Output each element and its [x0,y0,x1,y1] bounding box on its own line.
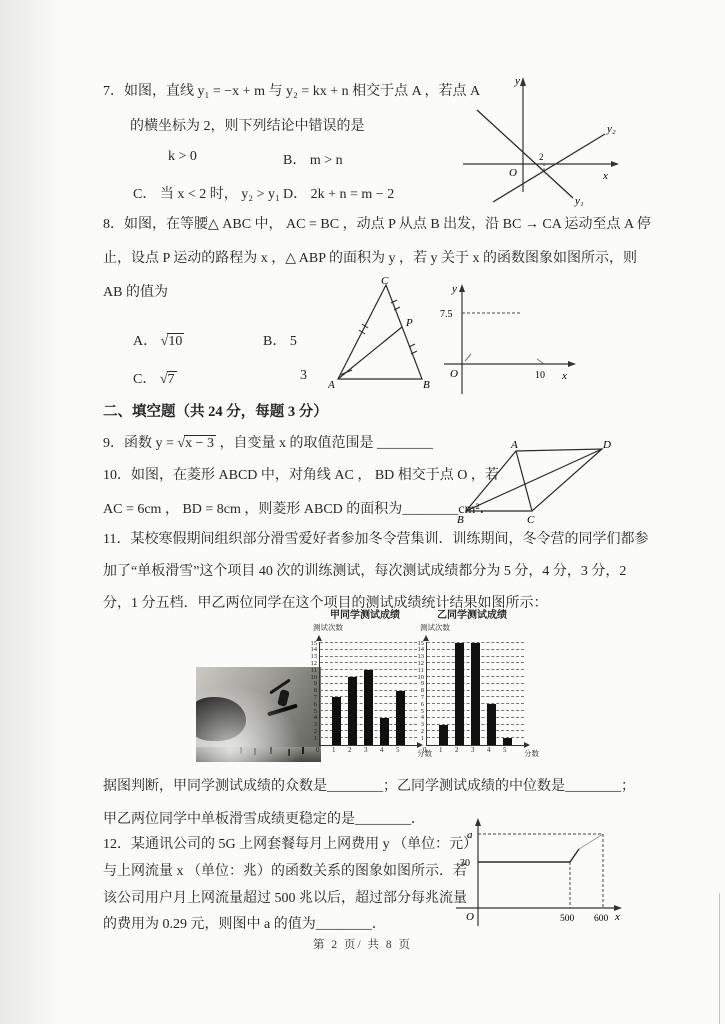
x-tick-label: 1 [439,746,443,754]
q7-option-a: k > 0 [168,149,197,165]
tree-mark [254,748,256,755]
q12-xtick-500: 500 [560,914,575,924]
q7-graph-origin: O [509,167,517,179]
q8-triangle-figure: C P A B [328,275,440,390]
bar-score-2 [348,677,357,745]
snowboard [267,704,298,717]
yaxis-ticks: 123456789101112131415 [412,642,425,745]
q7-line-1: 7．如图，直线 y₁ = −x + m 与 y₂ = kx + n 相交于点 A… [103,80,480,100]
plot-area [426,642,524,746]
x-tick-label: 1 [332,746,336,754]
q7-option-c: C． 当 x < 2 时， y₂ > y₁ [133,183,280,203]
q10-rhombus-figure: A D B C [456,437,614,525]
q11-line-2: 加了“单板滑雪”这个项目 40 次的训练测试，每次测试成绩都分为 5 分，4 分… [103,560,626,580]
x-tick-label: 4 [487,746,491,754]
snowboarder-arm [269,679,291,695]
scanned-exam-page: { "page": { "footer": "第 2 页/ 共 8 页" }, … [0,0,725,1024]
y-tick-label: 3 [421,721,424,728]
q10-label-d: D [602,439,611,451]
y-tick-label: 8 [314,687,317,694]
bar-score-5 [503,738,512,745]
q8-option-a: A． √10 [133,330,184,350]
q12-dashed-guides [478,834,603,908]
q12-ytick-30: 30 [460,858,470,869]
q8-triangle-edges [338,285,422,379]
section-2-header: 二、填空题（共 24 分，每题 3 分） [103,400,328,421]
q7-graph-y2-label: y₂ [606,123,616,135]
y-tick-label: 15 [418,640,425,647]
scan-artifact-line [719,893,720,1024]
q8-graph: y 7.5 O 10 x [438,280,578,398]
y-tick-label: 13 [311,653,318,660]
chart-title: 甲同学测试成绩 [305,606,425,621]
rock-shape [196,697,246,741]
chart-ylabel: 测试次数 [313,622,425,633]
q12-yaxis-arrow [475,818,481,826]
q12-xlabel: x [614,911,620,923]
q7-graph: y x O 2 y₁ y₂ [445,72,625,207]
x-tick-label: 5 [503,746,507,754]
y-tick-label: 10 [311,674,318,681]
y-tick-label: 9 [314,680,317,687]
q8-line-3: AB 的值为 [103,281,168,301]
q12-line-1: 12．某通讯公司的 5G 上网套餐每月上网费用 y （单位：元） [103,833,477,853]
chart-student-yi: 乙同学测试成绩 测试次数 123456789101112131415 01234… [412,606,532,756]
y-tick-label: 7 [421,694,424,701]
gridline [320,649,417,650]
tree-mark [302,747,304,754]
q7-axes [463,84,613,192]
y-tick-label: 15 [311,640,318,647]
tree-mark [240,747,242,754]
q8-graph-ylabel: y [451,283,457,295]
q8-graph-origin: O [450,368,458,380]
plot-area [319,642,417,746]
q8-option-d: 3 [300,368,307,384]
q7-yaxis-arrow [520,77,526,86]
y-tick-label: 2 [421,728,424,735]
q10-label-c: C [527,514,535,525]
q7-option-d: D． 2k + n = m − 2 [283,183,394,203]
q8-option-b: B． 5 [263,330,297,350]
q8-graph-ytick: 7.5 [440,309,453,320]
q12-label-a: a [467,829,473,841]
xaxis-ticks: 012345 [305,746,425,756]
y-tick-label: 6 [421,701,424,708]
x-tick-label: 2 [455,746,459,754]
bar-score-4 [487,704,496,745]
q11-line-4: 据图判断，甲同学测试成绩的众数是________；乙同学测试成绩的中位数是___… [103,775,635,795]
q12-graph: a 30 O 500 600 x [448,818,626,933]
q8-option-c: C． √7 [133,368,177,388]
y-tick-label: 2 [314,728,317,735]
q7-graph-xlabel: x [602,170,608,182]
chart-student-jia: 甲同学测试成绩 测试次数 123456789101112131415 01234… [305,606,425,756]
y-tick-label: 12 [418,660,425,667]
bar-score-2 [455,643,464,745]
y-tick-label: 11 [418,667,424,674]
x-tick-label: 3 [471,746,475,754]
q8-triangle-label-p: P [405,317,413,329]
x-tick-label: 5 [396,746,400,754]
yaxis-ticks: 123456789101112131415 [305,642,318,745]
q11-line-5: 甲乙两位同学中单板滑雪成绩更稳定的是________． [103,808,425,828]
bar-score-3 [471,643,480,745]
q10-rhombus-edges [466,449,602,511]
q12-axes [456,824,616,926]
xaxis-ticks: 012345 [412,746,532,756]
gridline [320,656,417,657]
sqrt-7: √7 [160,372,177,388]
x-tick-label: 4 [380,746,384,754]
y-tick-label: 1 [421,735,424,742]
q8-axes [444,290,570,394]
q8-graph-xlabel: x [561,370,567,382]
q8-xaxis-arrow [568,361,576,367]
page-number-footer: 第 2 页/ 共 8 页 [0,936,725,952]
y-tick-label: 14 [418,646,425,653]
y-tick-label: 13 [418,653,425,660]
q8-line-1: 8．如图，在等腰△ ABC 中， AC = BC ，动点 P 从点 B 出发，沿… [103,213,651,233]
q12-line-2: 与上网流量 x （单位：兆）的函数关系的图象如图所示．若 [103,860,467,880]
q7-graph-ylabel: y [514,75,520,87]
snowboarder-photo [196,667,321,762]
y-tick-label: 14 [311,646,318,653]
gridline [320,642,417,643]
q9-answer-blank: ________ [377,436,433,451]
q10-diagonal-bd [466,449,602,511]
y-tick-label: 8 [421,687,424,694]
x-tick-label: 2 [348,746,352,754]
bar-score-5 [396,691,405,745]
q10-label-a: A [510,439,518,451]
y-tick-label: 9 [421,680,424,687]
x-tick-label: 0 [423,746,427,754]
q10-diagonal-ac [516,451,532,511]
q12-function-line [478,834,603,862]
y-tick-label: 5 [421,708,424,715]
q7-line-2: 的横坐标为 2，则下列结论中错误的是 [130,115,365,135]
q11-line-1: 11．某校寒假期间组织部分滑雪爱好者参加冬令营集训．训练期间，冬令营的同学们都参 [103,528,648,548]
bar-score-4 [380,718,389,745]
q8-graph-xtick: 10 [535,370,545,381]
sqrt-10: √10 [161,334,185,350]
q9-line: 9．函数 y = √x − 3 ，自变量 x 的取值范围是 ________ [103,432,433,452]
gridline [320,662,417,663]
y-tick-label: 3 [314,721,317,728]
q12-xtick-600: 600 [594,914,609,924]
slope-strip [196,747,321,762]
q8-yaxis-arrow [459,284,465,292]
sqrt-x-minus-3: √x − 3 [177,436,216,452]
y-tick-label: 4 [421,714,424,721]
q7-graph-tick2: 2 [539,152,544,162]
y-tick-label: 11 [311,667,317,674]
bar-score-3 [364,670,373,745]
q8-triangle-label-a: A [328,379,335,390]
snowboarder-body [277,689,290,707]
q8-segment-AP [338,327,402,379]
q7-graph-y1-label: y₁ [574,195,584,207]
q12-origin: O [466,911,474,923]
chart-xlabel: 分数 [524,748,539,759]
q7-line-y1 [477,110,573,198]
y-tick-label: 6 [314,701,317,708]
tree-mark [270,747,272,754]
y-tick-label: 1 [314,735,317,742]
tree-mark [288,749,290,756]
x-tick-label: 0 [316,746,320,754]
q7-xaxis-arrow [611,161,619,167]
chart-title: 乙同学测试成绩 [412,606,532,621]
q8-tick-marks [340,300,417,375]
q8-triangle-label-b: B [423,379,430,390]
q10-line-2: AC = 6cm ， BD = 8cm ，则菱形 ABCD 的面积为______… [103,498,494,518]
bar-score-1 [332,697,341,745]
y-tick-label: 7 [314,694,317,701]
q8-line-2: 止，设点 P 运动的路程为 x ，△ ABP 的面积为 y ，若 y 关于 x … [103,247,637,267]
bar-score-1 [439,725,448,745]
y-tick-label: 10 [418,674,425,681]
q8-triangle-label-c: C [381,275,389,287]
q8-faint-curve-marks [465,354,544,364]
q7-option-b: B． m > n [283,149,343,169]
y-tick-label: 5 [314,708,317,715]
y-tick-label: 4 [314,714,317,721]
q12-line-4: 的费用为 0.29 元，则图中 a 的值为________． [103,913,386,933]
q10-line-1: 10．如图，在菱形 ABCD 中，对角线 AC ， BD 相交于点 O ，若 [103,464,499,484]
x-tick-label: 3 [364,746,368,754]
chart-ylabel: 测试次数 [420,622,532,633]
y-tick-label: 12 [311,660,318,667]
q12-line-3: 该公司用户月上网流量超过 500 兆以后，超过部分每兆流量 [103,887,467,907]
q10-label-b: B [457,514,464,525]
scan-page-edge [0,0,58,1024]
